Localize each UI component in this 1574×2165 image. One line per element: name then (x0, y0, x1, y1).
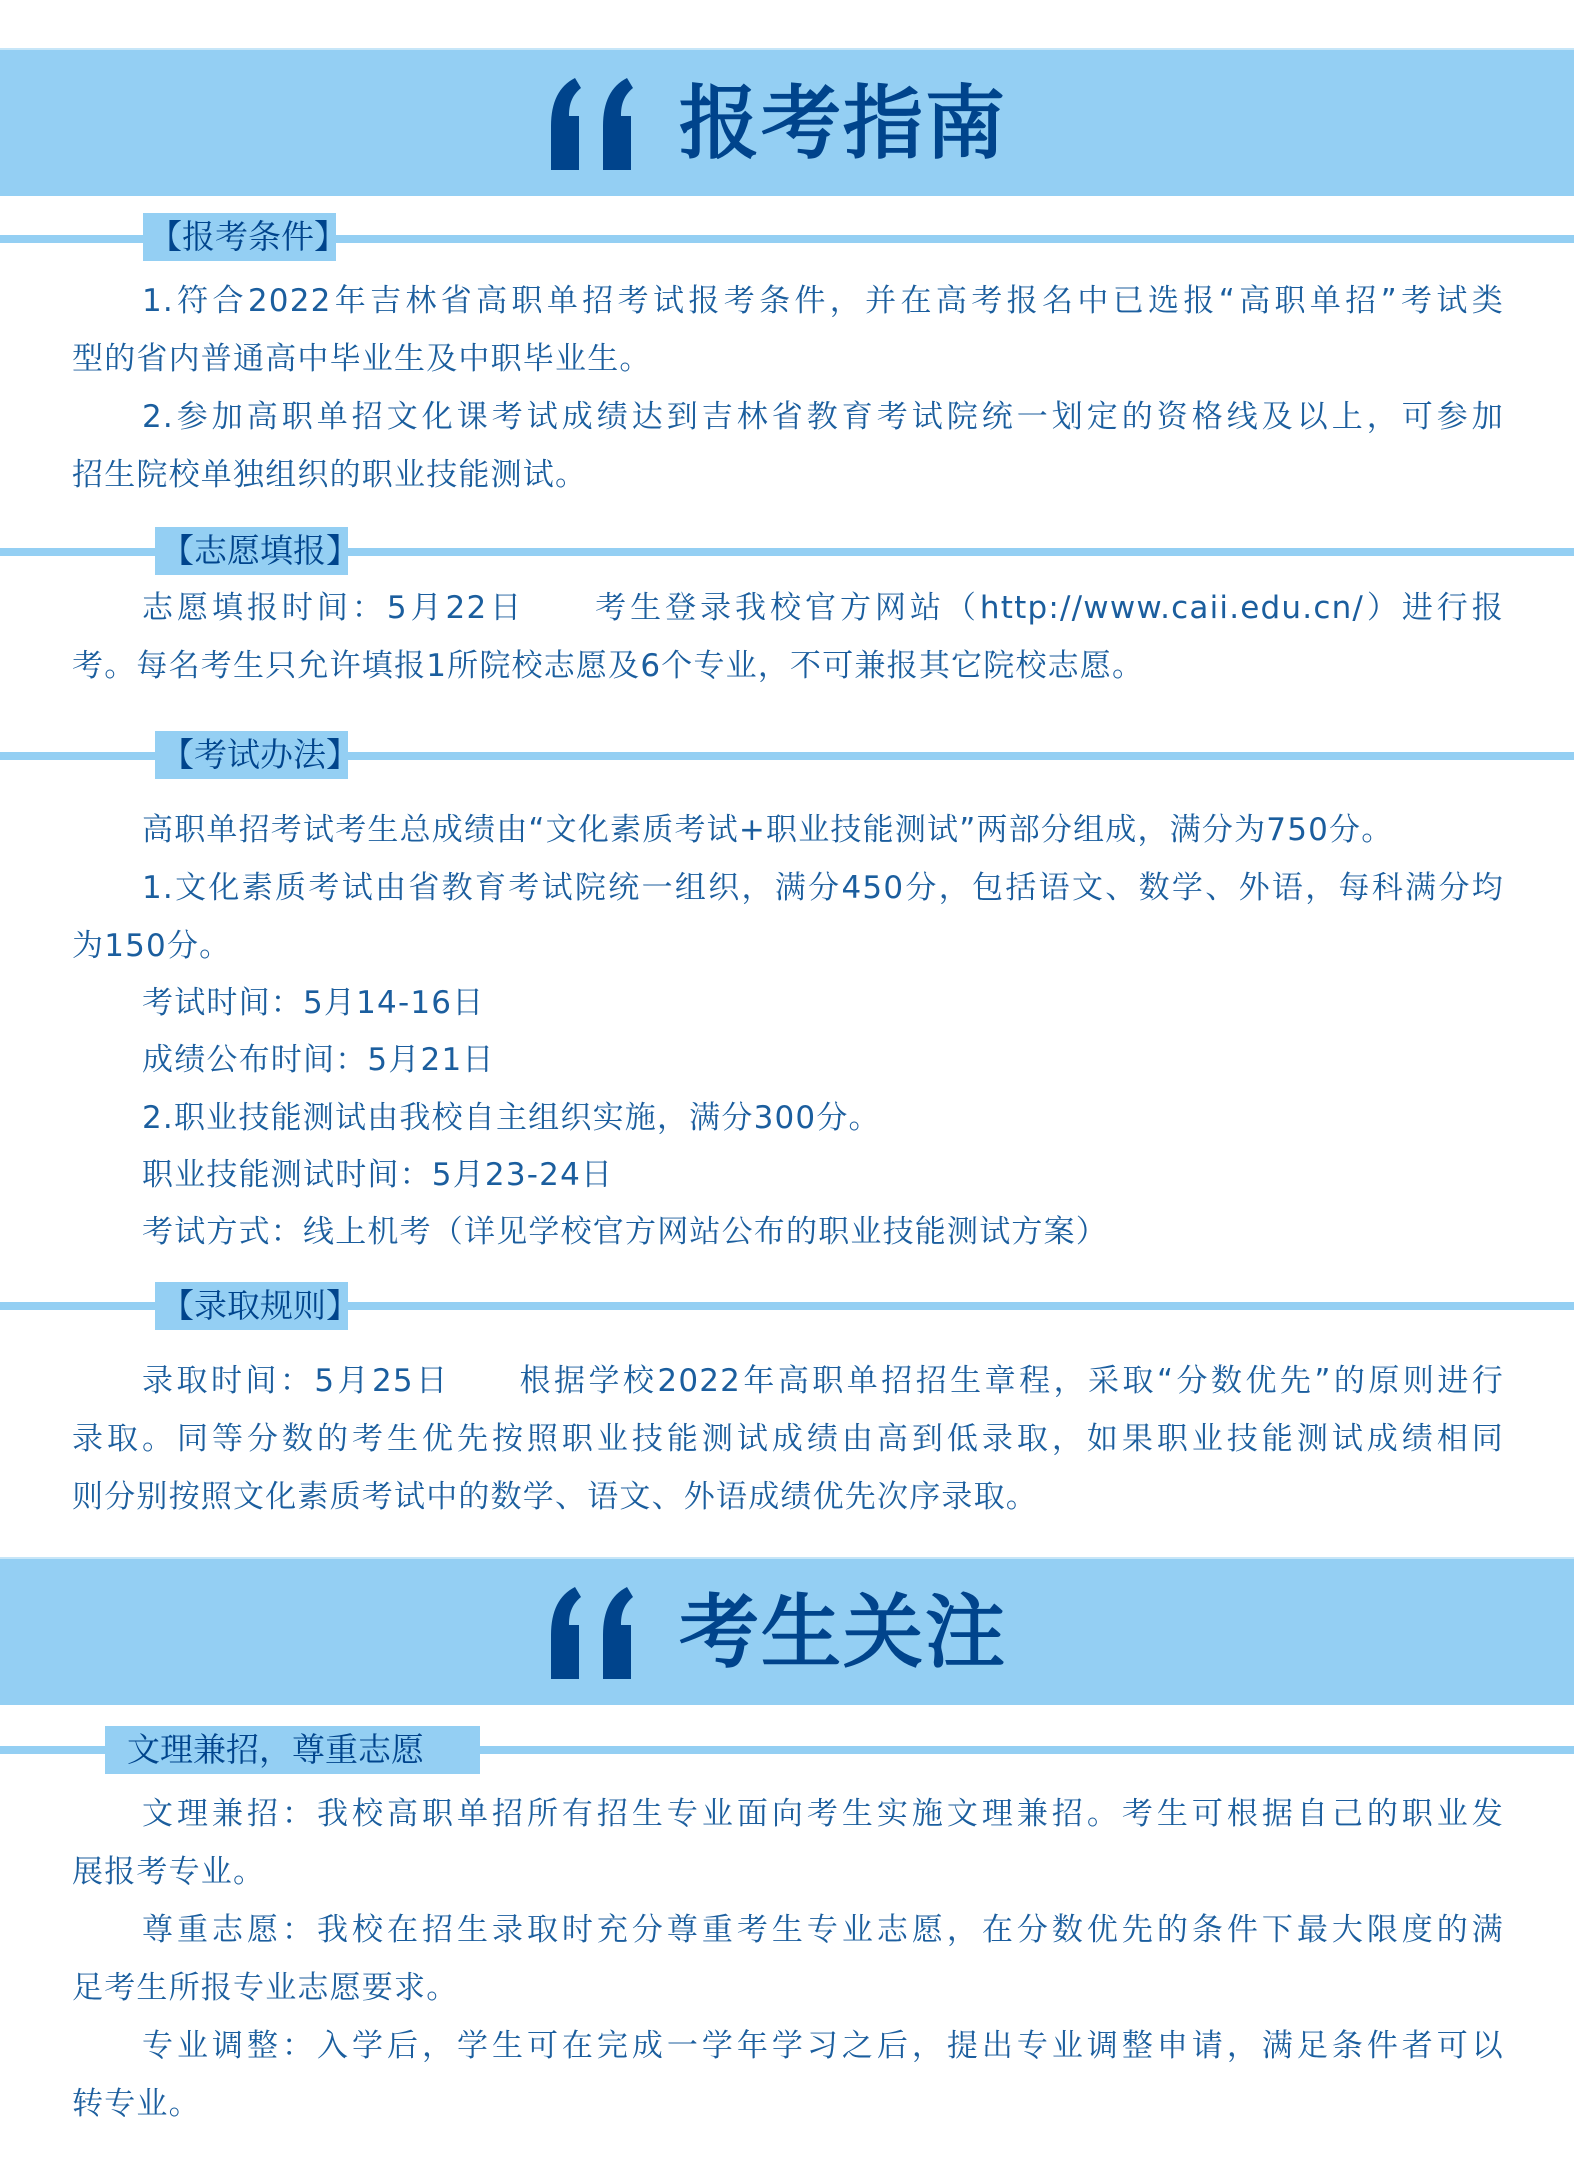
section-label-application: 【志愿填报】 (155, 527, 348, 575)
paragraph-line: 录取时间：5月25日 根据学校2022年高职单招招生章程，采取“分数优先”的原则… (142, 1361, 1504, 1401)
paragraph-line: 专业调整：入学后，学生可在完成一学年学习之后，提出专业调整申请，满足条件者可以 (142, 2026, 1504, 2066)
paragraph-line: 考试时间：5月14-16日 (142, 983, 1504, 1023)
paragraph-line: 尊重志愿：我校在招生录取时充分尊重考生专业志愿，在分数优先的条件下最大限度的满 (142, 1910, 1504, 1950)
paragraph-line: 型的省内普通高中毕业生及中职毕业生。 (72, 339, 1504, 379)
quote-open-icon (551, 78, 647, 170)
paragraph-line: 2.参加高职单招文化课考试成绩达到吉林省教育考试院统一划定的资格线及以上，可参加 (142, 397, 1504, 437)
paragraph-line: 志愿填报时间：5月22日 考生登录我校官方网站（http://www.caii.… (142, 588, 1504, 628)
section-banner-student-concerns: 考生关注 (0, 1557, 1574, 1705)
paragraph-line: 成绩公布时间：5月21日 (142, 1040, 1504, 1080)
section-label-conditions: 【报考条件】 (143, 213, 336, 261)
paragraph-line: 职业技能测试时间：5月23-24日 (142, 1155, 1504, 1195)
section-label-exam-method: 【考试办法】 (155, 731, 348, 779)
paragraph-line: 转专业。 (72, 2084, 1504, 2124)
paragraph-line: 招生院校单独组织的职业技能测试。 (72, 455, 1504, 495)
section-label-concern: 文理兼招，尊重志愿 (105, 1726, 480, 1774)
banner-title: 报考指南 (679, 78, 1007, 170)
paragraph-line: 足考生所报专业志愿要求。 (72, 1968, 1504, 2008)
paragraph-line: 2.职业技能测试由我校自主组织实施，满分300分。 (142, 1098, 1504, 1138)
paragraph-line: 为150分。 (72, 926, 1504, 966)
paragraph-line: 高职单招考试考生总成绩由“文化素质考试+职业技能测试”两部分组成，满分为750分… (142, 810, 1504, 850)
paragraph-line: 录取。同等分数的考生优先按照职业技能测试成绩由高到低录取，如果职业技能测试成绩相… (72, 1419, 1504, 1459)
paragraph-line: 1.文化素质考试由省教育考试院统一组织，满分450分，包括语文、数学、外语，每科… (142, 868, 1504, 908)
paragraph-line: 则分别按照文化素质考试中的数学、语文、外语成绩优先次序录取。 (72, 1477, 1504, 1517)
paragraph-line: 文理兼招：我校高职单招所有招生专业面向考生实施文理兼招。考生可根据自己的职业发 (142, 1794, 1504, 1834)
paragraph-line: 考。每名考生只允许填报1所院校志愿及6个专业，不可兼报其它院校志愿。 (72, 646, 1504, 686)
quote-open-icon (551, 1587, 647, 1679)
banner-title: 考生关注 (679, 1587, 1007, 1679)
paragraph-line: 考试方式：线上机考（详见学校官方网站公布的职业技能测试方案） (142, 1212, 1504, 1252)
paragraph-line: 展报考专业。 (72, 1852, 1504, 1892)
section-label-admission-rules: 【录取规则】 (155, 1282, 348, 1330)
section-banner-exam-guide: 报考指南 (0, 48, 1574, 196)
paragraph-line: 1.符合2022年吉林省高职单招考试报考条件，并在高考报名中已选报“高职单招”考… (142, 281, 1504, 321)
